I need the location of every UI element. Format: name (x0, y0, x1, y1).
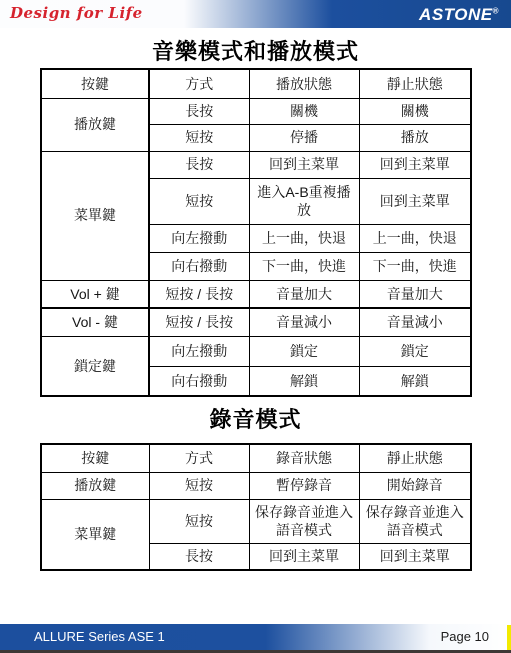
value-cell: 音量加大 (359, 280, 471, 308)
column-header: 按鍵 (41, 69, 149, 98)
table-row: 播放鍵 短按 暫停錄音 開始錄音 (41, 472, 471, 499)
value-cell: 解鎖 (249, 366, 359, 396)
value-cell: 暫停錄音 (249, 472, 359, 499)
value-cell: 解鎖 (359, 366, 471, 396)
value-cell: 回到主菜單 (249, 543, 359, 570)
record-mode-table: 按鍵 方式 錄音狀態 靜止狀態 播放鍵 短按 暫停錄音 開始錄音 菜單鍵 短按 … (40, 443, 472, 571)
footer-bar: ALLURE Series ASE 1 Page 10 (0, 624, 511, 650)
value-cell: 短按 (149, 124, 249, 151)
value-cell: 回到主菜單 (359, 151, 471, 178)
table-row: 播放鍵 長按 關機 關機 (41, 98, 471, 124)
value-cell: 回到主菜單 (249, 151, 359, 178)
table-row: 菜單鍵 長按 回到主菜單 回到主菜單 (41, 151, 471, 178)
value-cell: 鎖定 (249, 336, 359, 366)
value-cell: 音量加大 (249, 280, 359, 308)
value-cell: 短按 (149, 472, 249, 499)
value-cell: 短按 / 長按 (149, 308, 249, 336)
brand-logo: ASTONE® (419, 5, 499, 25)
key-cell: Vol + 鍵 (41, 280, 149, 308)
value-cell: 音量減小 (359, 308, 471, 336)
value-cell: 短按 (149, 499, 249, 543)
column-header: 方式 (149, 444, 249, 472)
value-cell: 保存錄音並進入語音模式 (249, 499, 359, 543)
value-cell: 上一曲，快退 (249, 224, 359, 252)
value-cell: 開始錄音 (359, 472, 471, 499)
value-cell: 長按 (149, 543, 249, 570)
value-cell: 保存錄音並進入語音模式 (359, 499, 471, 543)
column-header: 播放狀態 (249, 69, 359, 98)
column-header: 靜止狀態 (359, 444, 471, 472)
value-cell: 音量減小 (249, 308, 359, 336)
music-mode-title: 音樂模式和播放模式 (0, 35, 511, 66)
manual-page: Design for Life ASTONE® 音樂模式和播放模式 按鍵 方式 … (0, 0, 511, 653)
column-header: 方式 (149, 69, 249, 98)
table-row: 鎖定鍵 向左撥動 鎖定 鎖定 (41, 336, 471, 366)
key-cell: 播放鍵 (41, 98, 149, 151)
value-cell: 向左撥動 (149, 336, 249, 366)
footer-product-label: ALLURE Series ASE 1 (34, 629, 165, 644)
value-cell: 回到主菜單 (359, 178, 471, 224)
value-cell: 關機 (249, 98, 359, 124)
value-cell: 進入A-B重複播放 (249, 178, 359, 224)
brand-tagline: Design for Life (10, 4, 143, 22)
value-cell: 向右撥動 (149, 366, 249, 396)
value-cell: 短按 (149, 178, 249, 224)
table-header-row: 按鍵 方式 播放狀態 靜止狀態 (41, 69, 471, 98)
key-cell: 鎖定鍵 (41, 336, 149, 396)
table-row: Vol - 鍵 短按 / 長按 音量減小 音量減小 (41, 308, 471, 336)
value-cell: 長按 (149, 98, 249, 124)
table-row: Vol + 鍵 短按 / 長按 音量加大 音量加大 (41, 280, 471, 308)
value-cell: 關機 (359, 98, 471, 124)
value-cell: 停播 (249, 124, 359, 151)
record-mode-title: 錄音模式 (0, 403, 511, 434)
header-bar: Design for Life ASTONE® (0, 0, 511, 28)
column-header: 按鍵 (41, 444, 149, 472)
value-cell: 向左撥動 (149, 224, 249, 252)
brand-logo-text: ASTONE (419, 5, 493, 24)
key-cell: 播放鍵 (41, 472, 149, 499)
value-cell: 播放 (359, 124, 471, 151)
value-cell: 鎖定 (359, 336, 471, 366)
value-cell: 下一曲，快進 (249, 252, 359, 280)
key-cell: Vol - 鍵 (41, 308, 149, 336)
footer-page-number: Page 10 (441, 629, 489, 644)
footer-yellow-edge-stripe (507, 625, 511, 650)
key-cell: 菜單鍵 (41, 499, 149, 570)
value-cell: 向右撥動 (149, 252, 249, 280)
registered-mark-icon: ® (493, 6, 499, 15)
value-cell: 上一曲，快退 (359, 224, 471, 252)
value-cell: 短按 / 長按 (149, 280, 249, 308)
value-cell: 長按 (149, 151, 249, 178)
value-cell: 下一曲，快進 (359, 252, 471, 280)
column-header: 錄音狀態 (249, 444, 359, 472)
value-cell: 回到主菜單 (359, 543, 471, 570)
key-cell: 菜單鍵 (41, 151, 149, 280)
table-header-row: 按鍵 方式 錄音狀態 靜止狀態 (41, 444, 471, 472)
column-header: 靜止狀態 (359, 69, 471, 98)
table-row: 菜單鍵 短按 保存錄音並進入語音模式 保存錄音並進入語音模式 (41, 499, 471, 543)
music-playback-table: 按鍵 方式 播放狀態 靜止狀態 播放鍵 長按 關機 關機 短按 停播 播放 菜單… (40, 68, 472, 397)
